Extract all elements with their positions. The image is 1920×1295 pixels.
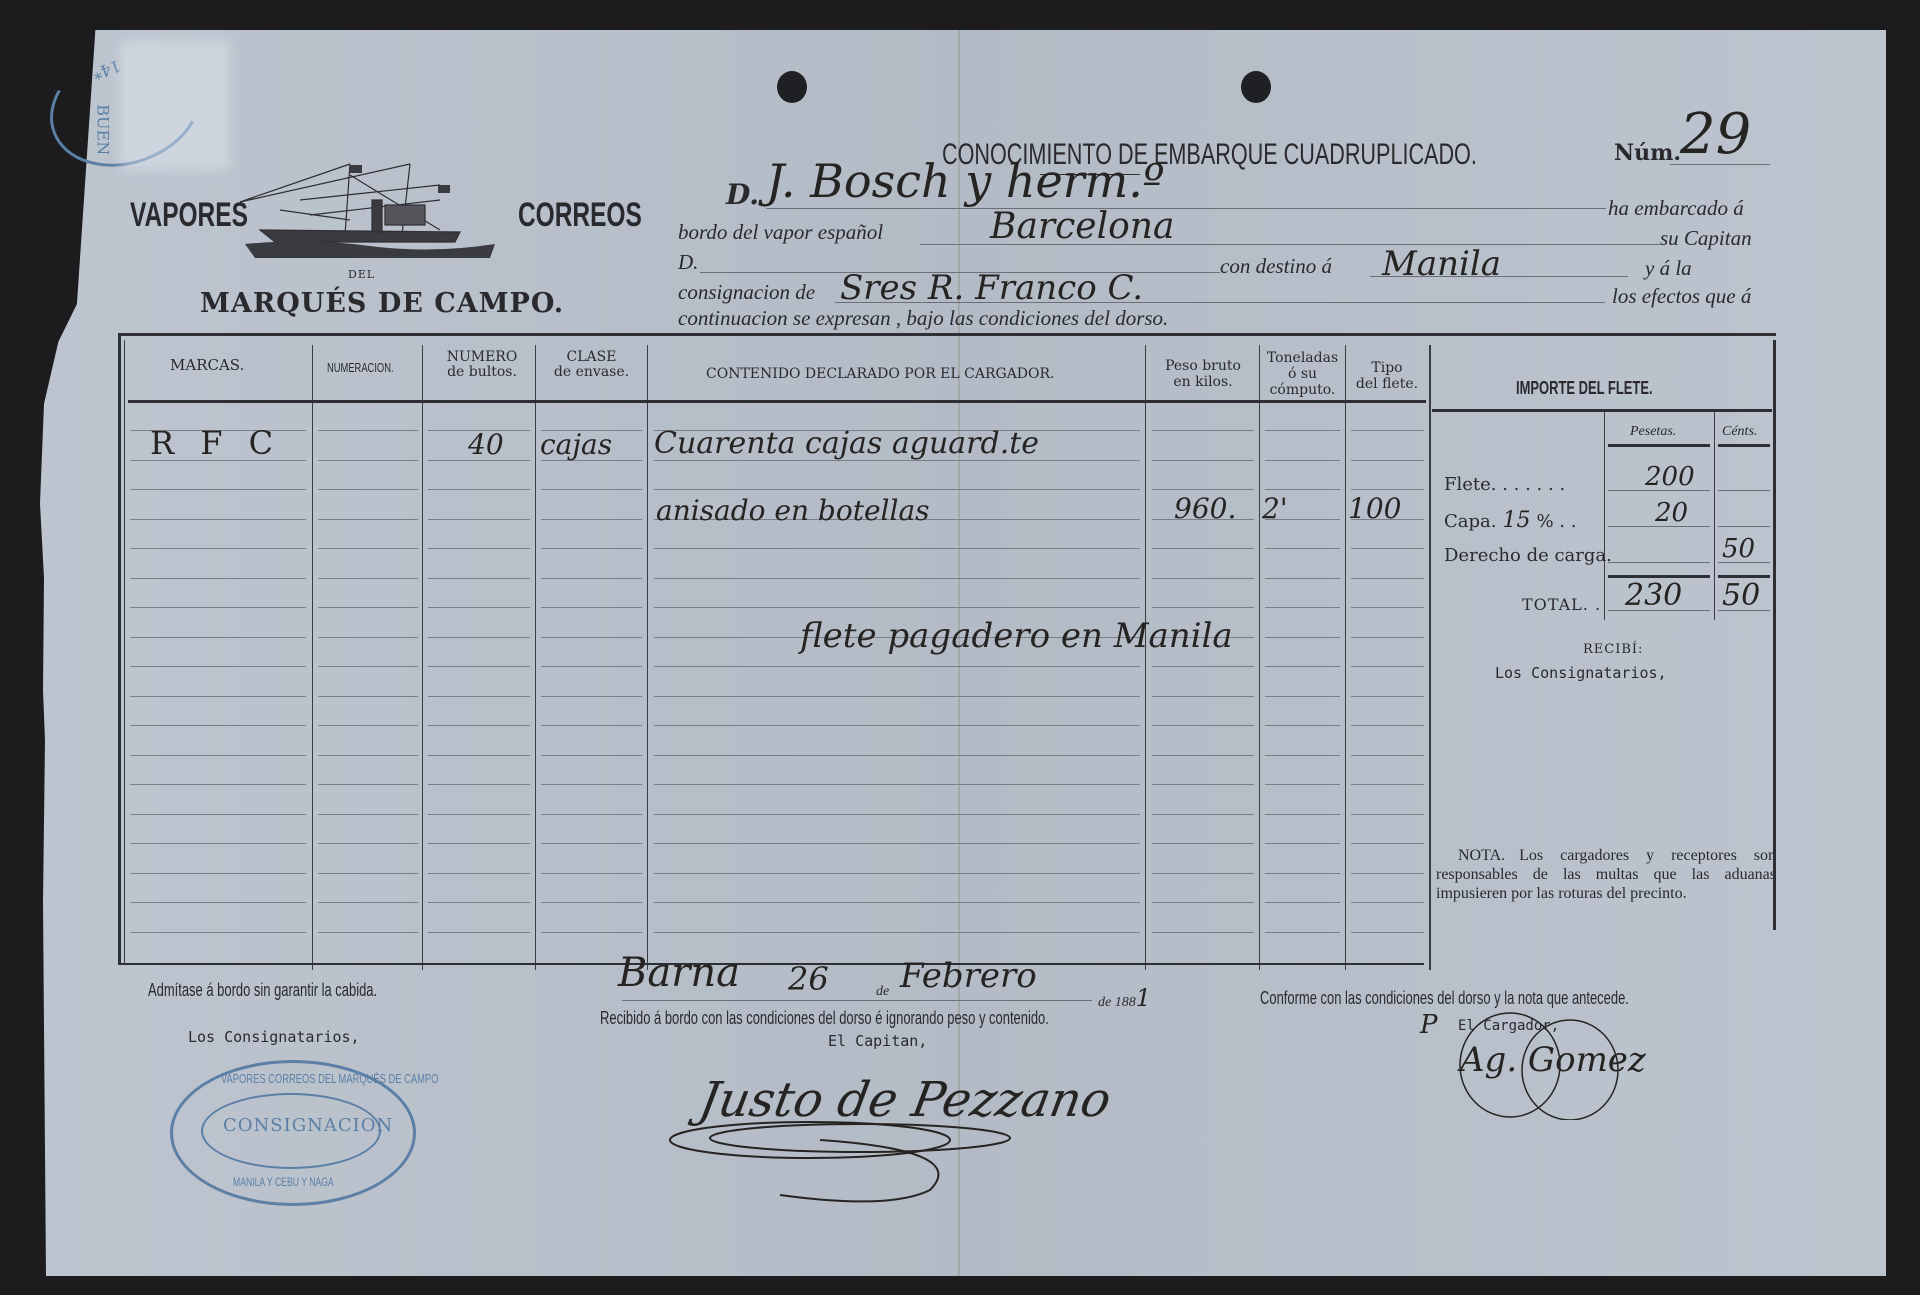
rule-line	[130, 578, 306, 579]
col-header-tipo: Tipodel flete.	[1346, 360, 1428, 392]
rule-line	[1351, 932, 1424, 933]
rule-line	[1265, 607, 1340, 608]
rule-line	[1351, 843, 1424, 844]
rule-line	[541, 932, 642, 933]
rule-line	[130, 489, 306, 490]
rule-line	[130, 607, 306, 608]
rule-line	[541, 873, 642, 874]
punch-hole-right	[1241, 71, 1271, 103]
rule-line	[1351, 548, 1424, 549]
rule-line	[318, 696, 418, 697]
num-label: Núm.	[1614, 140, 1681, 166]
rule-line	[1152, 666, 1254, 667]
entry-toneladas[interactable]: 2'	[1262, 492, 1288, 525]
intro-text-6: y á la	[1645, 256, 1692, 281]
nota-block: NOTA.Los cargadores y receptores son res…	[1436, 846, 1776, 903]
rule-line	[130, 725, 306, 726]
col-divider	[647, 345, 648, 970]
entry-clase[interactable]: cajas	[540, 428, 612, 461]
rule-line	[318, 607, 418, 608]
capa-pesetas[interactable]: 20	[1655, 498, 1688, 528]
rule-line	[1265, 666, 1340, 667]
rule-line	[654, 725, 1140, 726]
vapores-label: VAPORES	[130, 196, 248, 235]
col-divider	[535, 345, 536, 970]
rule-line	[1152, 784, 1254, 785]
rule-line	[318, 843, 418, 844]
destination-name: Manila	[1382, 244, 1501, 284]
year-digit[interactable]: 1	[1136, 984, 1151, 1012]
intro-text-7: consignacion de	[678, 280, 815, 305]
rule-line	[654, 843, 1140, 844]
rule-line	[1265, 755, 1340, 756]
rule-line	[541, 637, 642, 638]
capitan-label: El Capitan,	[828, 1032, 927, 1050]
intro-text-8: los efectos que á	[1612, 284, 1751, 309]
steamship-icon	[240, 160, 500, 260]
rule-line	[541, 578, 642, 579]
entry-contenido-line1[interactable]: Cuarenta cajas aguard.te	[654, 426, 1039, 461]
entry-tipo[interactable]: 100	[1348, 492, 1401, 525]
rule-line	[1351, 784, 1424, 785]
admitase-text: Admítase á bordo sin garantir la cabida.	[148, 980, 377, 1001]
rule-line	[1351, 902, 1424, 903]
rule-line	[1265, 784, 1340, 785]
rule-line	[1265, 932, 1340, 933]
col-divider	[1429, 345, 1431, 970]
intro-d-1: D.	[726, 178, 759, 211]
rule-line	[130, 814, 306, 815]
rule-line	[1152, 430, 1254, 431]
rule-line	[1152, 814, 1254, 815]
rule-line	[318, 755, 418, 756]
peso-sub: en kilos.	[1173, 374, 1232, 390]
importe-rule-line	[1718, 490, 1770, 491]
rule-line	[1152, 607, 1254, 608]
rule-line	[130, 932, 306, 933]
rule-line	[654, 873, 1140, 874]
rule-line	[130, 873, 306, 874]
col-divider	[1145, 345, 1146, 970]
col-header-numero: NUMEROde bultos.	[442, 350, 522, 380]
table-bottom-border	[118, 963, 1424, 965]
rule-line	[1152, 843, 1254, 844]
col-divider	[1259, 345, 1260, 970]
rule-line	[541, 489, 642, 490]
rule-line	[1265, 814, 1340, 815]
rule-line	[541, 696, 642, 697]
recibi-label: RECIBÍ:	[1583, 642, 1643, 657]
rule-line	[1265, 460, 1340, 461]
col-header-toneladas: Toneladasó sucómputo.	[1260, 350, 1345, 398]
rule-line	[654, 755, 1140, 756]
de-label-2: de 188	[1098, 995, 1136, 1010]
destination-line	[1370, 276, 1628, 277]
rule-line	[541, 607, 642, 608]
total-pesetas[interactable]: 230	[1625, 578, 1682, 613]
year-label: de 1881	[1098, 984, 1151, 1012]
numero-label: NUMERO	[447, 349, 518, 365]
rule-line	[130, 666, 306, 667]
rule-line	[318, 784, 418, 785]
place-value[interactable]: Barna	[618, 950, 740, 996]
toneladas-label: Toneladas	[1267, 350, 1338, 366]
entry-marcas[interactable]: R F C	[150, 424, 281, 462]
rule-line	[1152, 902, 1254, 903]
flete-label: Flete. . . . . . .	[1444, 474, 1565, 495]
shipper-name: J. Bosch y herm.º	[766, 154, 1165, 208]
rule-line	[428, 666, 530, 667]
table-right-border	[1773, 340, 1776, 930]
pesetas-divider	[1604, 410, 1605, 620]
consignee-line	[835, 302, 1605, 303]
rule-line	[1351, 666, 1424, 667]
consignatarios-right-label: Los Consignatarios,	[1495, 664, 1667, 682]
capa-label: Capa.	[1444, 511, 1496, 532]
rule-line	[1152, 932, 1254, 933]
rule-line	[318, 902, 418, 903]
rule-line	[130, 548, 306, 549]
rule-line	[654, 607, 1140, 608]
del-label: DEL	[348, 268, 375, 281]
signature-flourish	[630, 1110, 1090, 1210]
rule-line	[1152, 460, 1254, 461]
conforme-text: Conforme con las condiciones del dorso y…	[1260, 988, 1629, 1009]
nota-title: NOTA.	[1458, 847, 1505, 864]
rule-line	[318, 814, 418, 815]
rule-line	[318, 460, 418, 461]
derecho-cents[interactable]: 50	[1722, 534, 1755, 564]
rule-line	[1152, 578, 1254, 579]
rule-line	[318, 725, 418, 726]
importe-header-rule	[1432, 409, 1772, 412]
stamp-bottom-text: MANILA Y CEBU Y NAGA	[233, 1175, 334, 1189]
intro-text-4: D.	[678, 250, 698, 275]
total-label: TOTAL. .	[1522, 595, 1601, 614]
importe-rule-line	[1718, 526, 1770, 527]
importe-rule-line	[1608, 562, 1710, 563]
col-header-numeracion: NUMERACION.	[327, 360, 394, 375]
rule-line	[1265, 548, 1340, 549]
rule-line	[428, 607, 530, 608]
rule-line	[130, 755, 306, 756]
rule-line	[1265, 430, 1340, 431]
rule-line	[1351, 430, 1424, 431]
peso-label: Peso bruto	[1165, 358, 1241, 374]
col-divider	[1345, 345, 1346, 970]
punch-hole-left	[777, 71, 807, 103]
rule-line	[130, 637, 306, 638]
rule-line	[1265, 725, 1340, 726]
rule-line	[1351, 755, 1424, 756]
capa-percent[interactable]: 15	[1502, 508, 1530, 533]
intro-text-2: bordo del vapor español	[678, 220, 883, 245]
rule-line	[428, 784, 530, 785]
rule-line	[1152, 873, 1254, 874]
col-header-importe: IMPORTE DEL FLETE.	[1516, 378, 1653, 399]
table-top-border	[118, 333, 1776, 336]
recibido-text: Recibido á bordo con las condiciones del…	[600, 1008, 1049, 1029]
tipo-label: Tipo	[1371, 360, 1402, 376]
rule-line	[318, 430, 418, 431]
rule-line	[541, 548, 642, 549]
rule-line	[428, 814, 530, 815]
rule-line	[130, 696, 306, 697]
entry-peso[interactable]: 960.	[1174, 492, 1236, 525]
stamp-residue	[120, 40, 230, 170]
per-initial: P	[1420, 1010, 1438, 1040]
rule-line	[1351, 814, 1424, 815]
rule-line	[428, 843, 530, 844]
day-value[interactable]: 26	[788, 960, 829, 998]
rule-line	[1351, 637, 1424, 638]
numero-sub: de bultos.	[447, 364, 517, 380]
rule-line	[654, 489, 1140, 490]
rule-line	[318, 637, 418, 638]
de-label-1: de	[876, 984, 889, 1000]
rule-line	[318, 489, 418, 490]
vessel-name: Barcelona	[990, 206, 1174, 247]
rule-line	[1265, 843, 1340, 844]
intro-text-3: su Capitan	[1660, 226, 1752, 251]
clase-sub: de envase.	[554, 364, 629, 380]
col-divider	[312, 345, 313, 970]
entry-note[interactable]: flete pagadero en Manila	[800, 616, 1233, 656]
correos-label: CORREOS	[518, 196, 642, 235]
rule-line	[318, 666, 418, 667]
cents-header: Cénts.	[1722, 424, 1757, 440]
derecho-label: Derecho de carga.	[1444, 545, 1612, 566]
rule-line	[1152, 489, 1254, 490]
rule-line	[1351, 489, 1424, 490]
consignatarios-left-label: Los Consignatarios,	[188, 1028, 360, 1046]
col-header-peso: Peso brutoen kilos.	[1148, 358, 1258, 390]
rule-line	[541, 902, 642, 903]
rule-line	[654, 696, 1140, 697]
capa-row: Capa.15% . .	[1444, 508, 1576, 533]
vessel-line	[920, 244, 1660, 245]
cents-divider	[1714, 410, 1715, 620]
stamp-text: BUEN	[94, 104, 113, 155]
rule-line	[318, 548, 418, 549]
document-number: 29	[1680, 102, 1751, 167]
rule-line	[428, 873, 530, 874]
rule-line	[1152, 548, 1254, 549]
col-header-contenido: CONTENIDO DECLARADO POR EL CARGADOR.	[706, 366, 1055, 382]
rule-line	[541, 519, 642, 520]
shipper-line	[766, 208, 1606, 209]
rule-line	[541, 666, 642, 667]
tipo-sub: del flete.	[1356, 376, 1418, 392]
rule-line	[318, 578, 418, 579]
rule-line	[428, 932, 530, 933]
table-left-inner-border	[124, 340, 125, 965]
rule-line	[541, 784, 642, 785]
rule-line	[654, 666, 1140, 667]
rule-line	[654, 784, 1140, 785]
stamp-center-text: CONSIGNACION	[223, 1115, 393, 1136]
pesetas-header-rule	[1608, 444, 1710, 447]
cargador-flourish	[1440, 1010, 1640, 1120]
entry-numero[interactable]: 40	[468, 428, 504, 461]
rule-line	[318, 932, 418, 933]
consignacion-stamp: VAPORES CORREOS DEL MARQUÉS DE CAMPO CON…	[170, 1060, 416, 1206]
rule-line	[428, 489, 530, 490]
rule-line	[654, 932, 1140, 933]
capa-suffix: % . .	[1536, 511, 1576, 532]
num-underline	[1670, 164, 1770, 165]
rule-line	[654, 578, 1140, 579]
intro-text-5: con destino á	[1220, 254, 1332, 279]
rule-line	[541, 814, 642, 815]
rule-line	[428, 637, 530, 638]
rule-line	[1351, 607, 1424, 608]
intro-text-1: ha embarcado á	[1608, 196, 1744, 221]
rule-line	[428, 519, 530, 520]
col-header-clase: CLASEde envase.	[549, 350, 634, 380]
rule-line	[318, 873, 418, 874]
toneladas-sub: ó su	[1288, 366, 1317, 382]
toneladas-sub2: cómputo.	[1270, 382, 1336, 398]
rule-line	[1351, 578, 1424, 579]
rule-line	[541, 755, 642, 756]
stamp-ring-text: VAPORES CORREOS DEL MARQUÉS DE CAMPO	[221, 1071, 438, 1086]
header-bottom-rule	[128, 400, 1426, 403]
rule-line	[1265, 578, 1340, 579]
col-divider	[422, 345, 423, 970]
rule-line	[1152, 755, 1254, 756]
col-header-marcas: MARCAS.	[170, 356, 244, 374]
rule-line	[318, 519, 418, 520]
rule-line	[130, 519, 306, 520]
pesetas-header: Pesetas.	[1630, 424, 1676, 440]
flete-pesetas[interactable]: 200	[1645, 462, 1695, 492]
rule-line	[130, 784, 306, 785]
rule-line	[1152, 696, 1254, 697]
rule-line	[1351, 460, 1424, 461]
total-cents[interactable]: 50	[1722, 578, 1760, 613]
rule-line	[1265, 489, 1340, 490]
intro-text-9: continuacion se expresan , bajo las cond…	[678, 306, 1168, 331]
rule-line	[541, 725, 642, 726]
rule-line	[130, 843, 306, 844]
rule-line	[428, 725, 530, 726]
rule-line	[1351, 725, 1424, 726]
date-line	[622, 1000, 1092, 1001]
rule-line	[1152, 725, 1254, 726]
rule-line	[1265, 902, 1340, 903]
rule-line	[1351, 873, 1424, 874]
rule-line	[654, 548, 1140, 549]
rule-line	[1351, 696, 1424, 697]
clase-label: CLASE	[567, 349, 617, 365]
cents-header-rule	[1718, 444, 1770, 447]
month-value[interactable]: Febrero	[900, 956, 1037, 996]
rule-line	[130, 902, 306, 903]
rule-line	[428, 755, 530, 756]
stamp-number: 14*	[90, 56, 123, 84]
rule-line	[654, 902, 1140, 903]
company-name: MARQUÉS DE CAMPO.	[200, 288, 564, 319]
rule-line	[428, 578, 530, 579]
rule-line	[1265, 637, 1340, 638]
rule-line	[1265, 696, 1340, 697]
rule-line	[428, 548, 530, 549]
rule-line	[541, 843, 642, 844]
rule-line	[428, 902, 530, 903]
rule-line	[428, 696, 530, 697]
table-left-border	[118, 333, 121, 965]
rule-line	[654, 814, 1140, 815]
rule-line	[1265, 873, 1340, 874]
entry-contenido-line2[interactable]: anisado en botellas	[656, 494, 930, 527]
